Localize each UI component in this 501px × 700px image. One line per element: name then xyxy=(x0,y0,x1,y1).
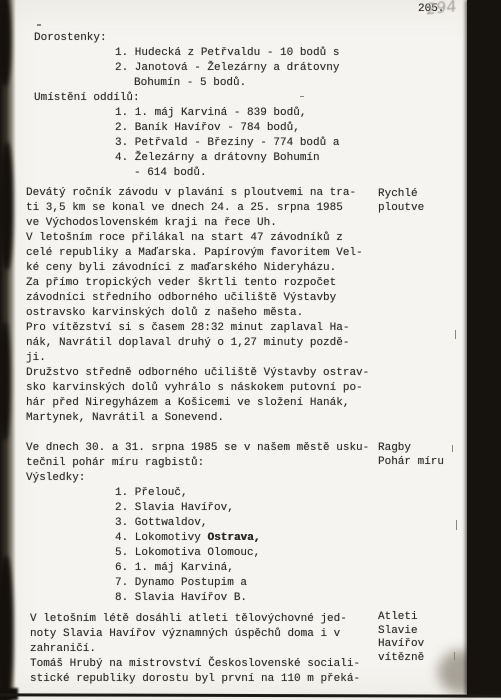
text-line: zahraničí. xyxy=(30,642,360,657)
text-line: celé republiky a Maďarska. Papírovým fav… xyxy=(26,246,369,261)
scan-smudge xyxy=(0,0,11,86)
text-line: Ve dnech 30. a 31. srpna 1985 se v našem… xyxy=(26,441,369,456)
text-line: ji. xyxy=(26,351,369,366)
rugby-result-list: 1. Přelouč, 2. Slavia Havířov, 3. Gottwa… xyxy=(115,486,369,606)
list-item: 3. Petřvald - Březiny - 774 bodů a xyxy=(115,136,339,151)
list-item: 1. 1. máj Karviná - 839 bodů, xyxy=(115,106,339,121)
list-item: 4. Lokomotivy Ostrava, xyxy=(115,531,369,546)
scan-edge-right xyxy=(467,0,501,695)
list-item: 2. Baník Havířov - 784 bodů, xyxy=(115,121,339,136)
girls-result-list: 1. Hudecká z Petřvaldu - 10 bodů s 2. Ja… xyxy=(115,46,339,91)
section-athletics: V letošním létě dosáhli atleti tělovýcho… xyxy=(30,612,360,687)
text-line: sko karvinských dolů vyhrálo s náskokem … xyxy=(26,381,369,396)
margin-note-line: vítězně xyxy=(378,652,424,666)
list-item-continuation: Bohumín - 5 bodů. xyxy=(115,76,339,91)
list-item: 5. Lokomotiva Olomouc, xyxy=(115,546,369,561)
handwritten-page-number: 294 xyxy=(426,0,457,17)
scan-speck xyxy=(452,445,453,452)
margin-note-line: Atleti xyxy=(378,611,424,625)
margin-note-ragby-pohar-miru: Ragby Pohár míru xyxy=(378,442,444,469)
text-line: ve Východoslovenském kraji na řece Uh. xyxy=(26,216,369,231)
text-line: Pro vítězství si s časem 28:32 minut zap… xyxy=(26,321,369,336)
margin-note-line: Rychlé xyxy=(378,188,424,202)
section-rugby: Ve dnech 30. a 31. srpna 1985 se v našem… xyxy=(26,441,369,606)
text-line: Za přímo tropických veder škrtli tento r… xyxy=(26,276,369,291)
text-line: ké ceny byli závodníci z maďarského Nide… xyxy=(26,261,369,276)
text-line: ti 3,5 km se konal ve dnech 24. a 25. sr… xyxy=(26,201,369,216)
list-item: 8. Slavia Havířov B. xyxy=(115,591,369,606)
margin-note-line: Ragby xyxy=(378,442,444,456)
text-line: závodníci středního odborného učiliště V… xyxy=(26,291,369,306)
scan-speck xyxy=(37,24,41,26)
text-line: hár před Niregyházem a Košicemi ve slože… xyxy=(26,396,369,411)
list-item: 2. Slavia Havířov, xyxy=(115,501,369,516)
list-item-continuation: - 614 bodů. xyxy=(115,166,339,181)
section-fin-swimming: Devátý ročník závodu v plavání s ploutve… xyxy=(26,186,369,426)
list-item: 3. Gottwaldov, xyxy=(115,516,369,531)
heading-vysledky: Výsledky: xyxy=(26,471,369,486)
text-line: nák, Navrátil doplaval druhý o 1,27 minu… xyxy=(26,336,369,351)
text-line: V letošním roce přilákal na start 47 záv… xyxy=(26,231,369,246)
text-line: stické republiky dorostu byl první na 11… xyxy=(30,672,360,687)
list-item: 1. Přelouč, xyxy=(115,486,369,501)
scan-speck xyxy=(456,520,457,530)
overtyped-bold-text: Ostrava, xyxy=(207,532,260,544)
list-item: 2. Janotová - Železárny a drátovny xyxy=(115,61,339,76)
section-youth-results: Dorostenky: 1. Hudecká z Petřvaldu - 10 … xyxy=(34,31,339,181)
margin-note-line: Pohár míru xyxy=(378,456,444,470)
scan-speck xyxy=(455,330,456,339)
heading-dorostenky: Dorostenky: xyxy=(34,31,339,46)
scan-edge-left xyxy=(0,0,16,700)
scan-smudge xyxy=(0,556,13,700)
clubs-result-list: 1. 1. máj Karviná - 839 bodů, 2. Baník H… xyxy=(115,106,339,181)
margin-note-line: Havířov xyxy=(378,638,424,652)
list-item: 1. Hudecká z Petřvaldu - 10 bodů s xyxy=(115,46,339,61)
scan-smudge xyxy=(0,142,13,270)
scan-speck xyxy=(454,652,455,660)
text-line: noty Slavia Havířov významných úspěchů d… xyxy=(30,627,360,642)
text-line: Tomáš Hrubý na mistrovství Československ… xyxy=(30,657,360,672)
list-item: 7. Dynamo Postupim a xyxy=(115,576,369,591)
margin-note-rychle-ploutve: Rychlé ploutve xyxy=(378,188,424,215)
list-item-text: 4. Lokomotivy xyxy=(115,532,207,544)
scan-page-bottom-edge xyxy=(0,693,501,697)
list-item: 4. Železárny a drátovny Bohumín xyxy=(115,151,339,166)
text-line: Martynek, Navrátil a Sonevend. xyxy=(26,411,369,426)
text-line: Devátý ročník závodu v plavání s ploutve… xyxy=(26,186,369,201)
margin-note-line: ploutve xyxy=(378,202,424,216)
heading-umisteni-oddilu: Umístění oddílů: xyxy=(34,91,339,106)
scan-smudge xyxy=(0,322,10,440)
text-line: tečnil pohár míru ragbistů: xyxy=(26,456,369,471)
text-line: V letošním létě dosáhli atleti tělovýcho… xyxy=(30,612,360,627)
margin-note-line: Slavie xyxy=(378,625,424,639)
list-item: 6. 1. máj Karviná, xyxy=(115,561,369,576)
scanned-document-page: 205. 294 Dorostenky: 1. Hudecká z Petřva… xyxy=(0,0,501,700)
text-line: Družstvo středně odborného učiliště Výst… xyxy=(26,366,369,381)
text-line: ostravsko karvinských dolů z našeho měst… xyxy=(26,306,369,321)
margin-note-atleti-slavie: Atleti Slavie Havířov vítězně xyxy=(378,611,424,665)
